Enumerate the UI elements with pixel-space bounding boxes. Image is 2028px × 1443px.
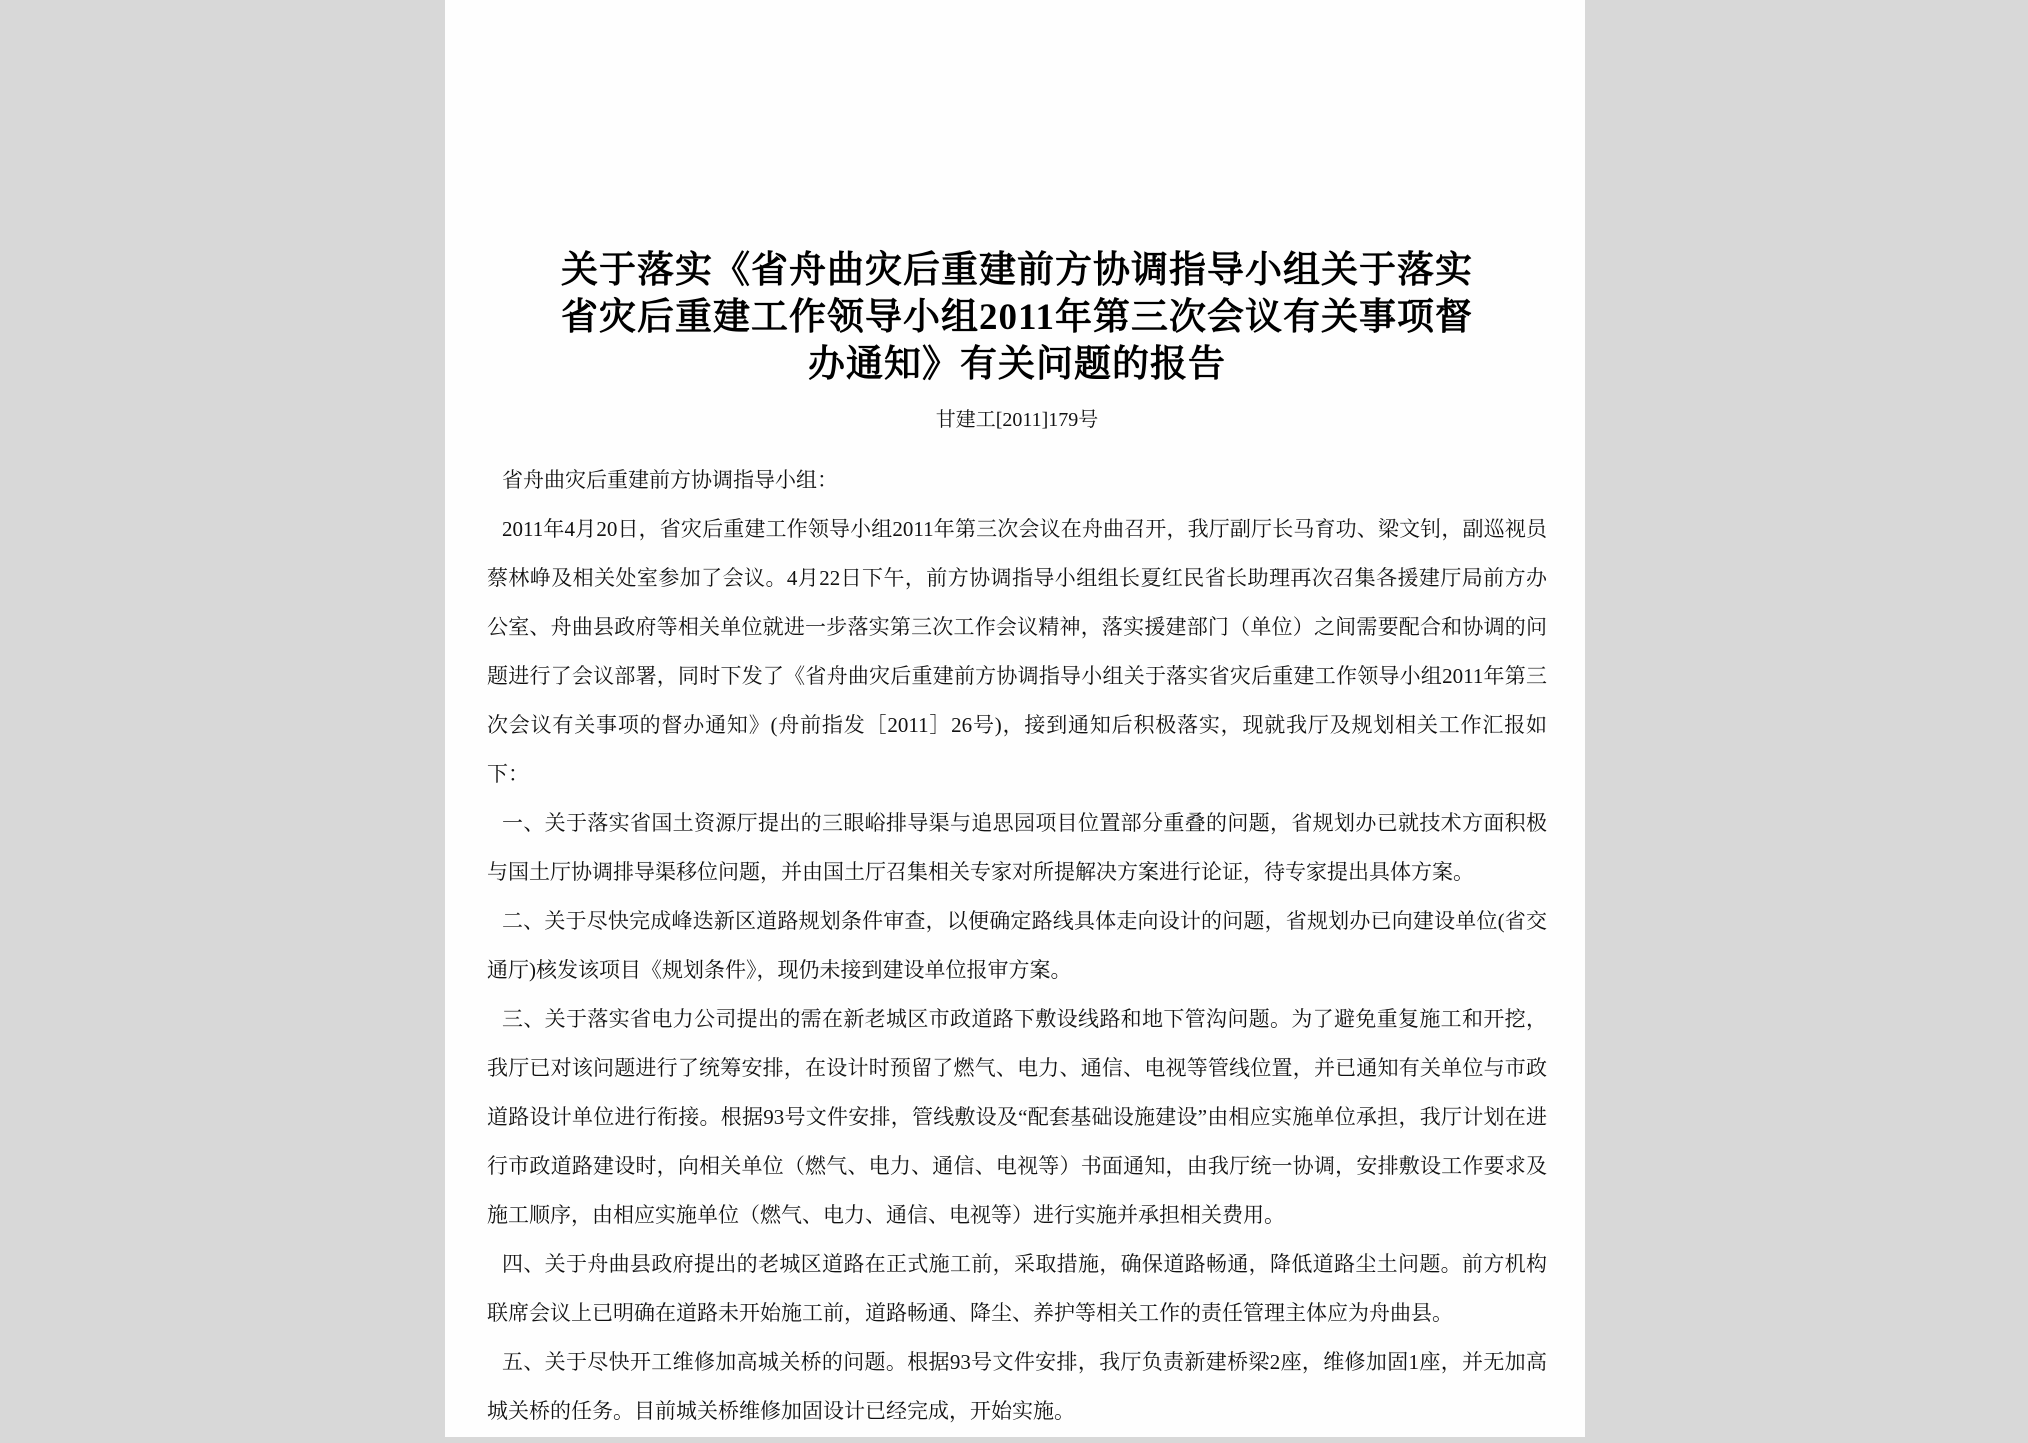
document-title-line-2: 省灾后重建工作领导小组2011年第三次会议有关事项督 [487, 294, 1547, 341]
salutation-line: 省舟曲灾后重建前方协调指导小组： [487, 456, 1547, 505]
paragraph-item-3: 三、关于落实省电力公司提出的需在新老城区市政道路下敷设线路和地下管沟问题。为了避… [487, 995, 1547, 1240]
document-page: 关于落实《省舟曲灾后重建前方协调指导小组关于落实 省灾后重建工作领导小组2011… [445, 0, 1585, 1437]
document-title-line-3: 办通知》有关问题的报告 [487, 341, 1547, 388]
paragraph-item-2: 二、关于尽快完成峰迭新区道路规划条件审查，以便确定路线具体走向设计的问题，省规划… [487, 897, 1547, 995]
screenshot-canvas: 关于落实《省舟曲灾后重建前方协调指导小组关于落实 省灾后重建工作领导小组2011… [0, 0, 2028, 1443]
paragraph-intro: 2011年4月20日，省灾后重建工作领导小组2011年第三次会议在舟曲召开，我厅… [487, 505, 1547, 799]
document-title-line-1: 关于落实《省舟曲灾后重建前方协调指导小组关于落实 [487, 247, 1547, 294]
paragraph-item-1: 一、关于落实省国土资源厅提出的三眼峪排导渠与追思园项目位置部分重叠的问题，省规划… [487, 799, 1547, 897]
document-title: 关于落实《省舟曲灾后重建前方协调指导小组关于落实 省灾后重建工作领导小组2011… [487, 247, 1547, 388]
document-body: 省舟曲灾后重建前方协调指导小组： 2011年4月20日，省灾后重建工作领导小组2… [487, 456, 1547, 1436]
paragraph-item-5: 五、关于尽快开工维修加高城关桥的问题。根据93号文件安排，我厅负责新建桥梁2座，… [487, 1338, 1547, 1436]
document-number: 甘建工[2011]179号 [487, 404, 1547, 436]
paragraph-item-4: 四、关于舟曲县政府提出的老城区道路在正式施工前，采取措施，确保道路畅通，降低道路… [487, 1240, 1547, 1338]
